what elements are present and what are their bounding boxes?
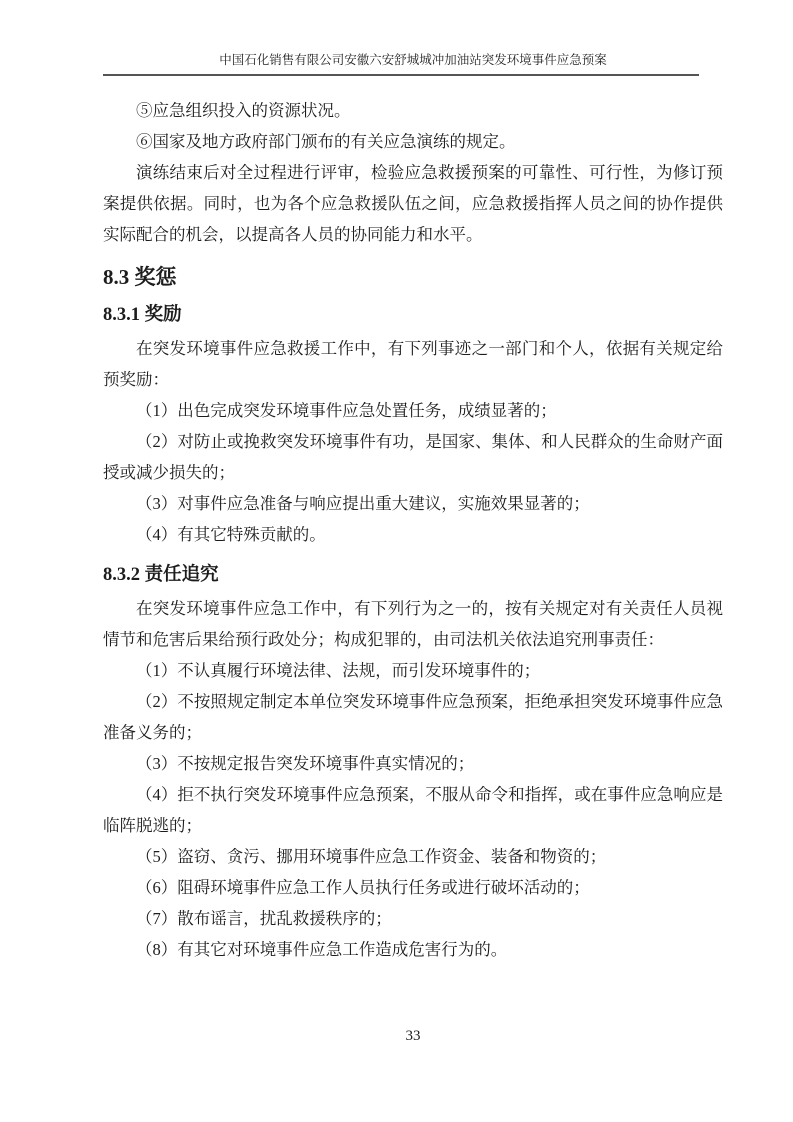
heading-8-3-1: 8.3.1 奖励: [103, 300, 723, 330]
document-page: 中国石化销售有限公司安徽六安舒城城冲加油站突发环境事件应急预案 ⑤应急组织投入的…: [0, 0, 793, 1122]
list-item-liability-1: （1）不认真履行环境法律、法规，而引发环境事件的；: [103, 655, 723, 686]
list-item-liability-7: （7）散布谣言，扰乱救援秩序的；: [103, 903, 723, 934]
paragraph-reward-intro: 在突发环境事件应急救援工作中，有下列事迹之一部门和个人，依据有关规定给预奖励：: [103, 333, 723, 395]
list-item-liability-2: （2）不按照规定制定本单位突发环境事件应急预案，拒绝承担突发环境事件应急准备义务…: [103, 686, 723, 748]
list-item-liability-6: （6）阻碍环境事件应急工作人员执行任务或进行破坏活动的；: [103, 872, 723, 903]
list-item-reward-3: （3）对事件应急准备与响应提出重大建议，实施效果显著的；: [103, 488, 723, 519]
heading-8-3-2: 8.3.2 责任追究: [103, 560, 723, 590]
page-header-title: 中国石化销售有限公司安徽六安舒城城冲加油站突发环境事件应急预案: [103, 52, 723, 68]
paragraph-drill-review: 演练结束后对全过程进行评审，检验应急救援预案的可靠性、可行性，为修订预案提供依据…: [103, 157, 723, 250]
list-item-liability-5: （5）盗窃、贪污、挪用环境事件应急工作资金、装备和物资的；: [103, 841, 723, 872]
page-number: 33: [103, 1026, 723, 1046]
list-item-reward-1: （1）出色完成突发环境事件应急处置任务，成绩显著的；: [103, 395, 723, 426]
paragraph-liability-intro: 在突发环境事件应急工作中，有下列行为之一的，按有关规定对有关责任人员视情节和危害…: [103, 593, 723, 655]
list-item-drill-5: ⑤应急组织投入的资源状况。: [103, 95, 723, 126]
list-item-reward-4: （4）有其它特殊贡献的。: [103, 519, 723, 550]
list-item-liability-3: （3）不按规定报告突发环境事件真实情况的；: [103, 748, 723, 779]
list-item-liability-8: （8）有其它对环境事件应急工作造成危害行为的。: [103, 934, 723, 965]
list-item-reward-2: （2）对防止或挽救突发环境事件有功，是国家、集体、和人民群众的生命财产面授或减少…: [103, 426, 723, 488]
header-rule: [103, 74, 699, 76]
list-item-liability-4: （4）拒不执行突发环境事件应急预案，不服从命令和指挥，或在事件应急响应是临阵脱逃…: [103, 779, 723, 841]
list-item-drill-6: ⑥国家及地方政府部门颁布的有关应急演练的规定。: [103, 126, 723, 157]
document-body: ⑤应急组织投入的资源状况。 ⑥国家及地方政府部门颁布的有关应急演练的规定。 演练…: [103, 95, 723, 965]
heading-8-3: 8.3 奖惩: [103, 260, 723, 294]
